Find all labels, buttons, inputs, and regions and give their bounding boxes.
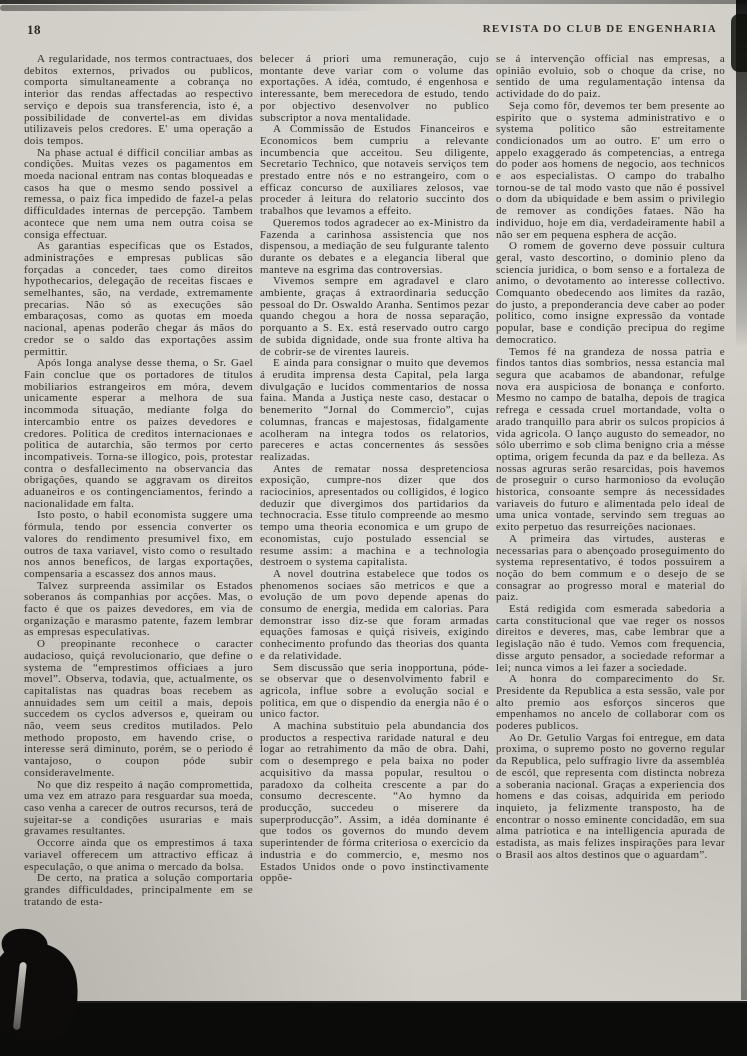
- paragraph: Occorre ainda que os emprestimos á taxa …: [24, 838, 253, 873]
- page-number: 18: [27, 22, 41, 38]
- article-body: A regularidade, nos termos contractuaes,…: [24, 54, 726, 1002]
- paragraph: A regularidade, nos termos contractuaes,…: [24, 54, 253, 148]
- paragraph: Antes de rematar nossa despretenciosa ex…: [260, 464, 489, 569]
- paragraph: Sem discussão que seria inopportuna, pód…: [260, 663, 489, 722]
- paragraph: Está redigida com esmerada sabedoria a c…: [496, 604, 725, 674]
- paragraph: Talvez surpreenda assimilar os Estados s…: [24, 581, 253, 640]
- paragraph: Na phase actual é difficil conciliar amb…: [24, 148, 253, 242]
- scan-streak-top-left: [0, 5, 400, 11]
- paragraph: Temos fé na grandeza de nossa patria e f…: [496, 347, 725, 534]
- paragraph: Ao Dr. Getulio Vargas foi entregue, em d…: [496, 733, 725, 862]
- paragraph: As garantias especificas que os Estados,…: [24, 241, 253, 358]
- paragraph: A Commissão de Estudos Financeiros e Eco…: [260, 124, 489, 218]
- paragraph: Após longa analyse desse thema, o Sr. Ga…: [24, 358, 253, 510]
- scanned-journal-page: 18 REVISTA DO CLUB DE ENGENHARIA A regul…: [0, 0, 747, 1056]
- paragraph: O romem de governo deve possuir cultura …: [496, 241, 725, 346]
- scan-edge-right-lower: [741, 560, 747, 1000]
- paragraph: O preopinante reconhece o caracter audac…: [24, 639, 253, 779]
- paragraph: A machina substituio pela abundancia dos…: [260, 721, 489, 885]
- paragraph: Vivemos sempre em agradavel e claro ambi…: [260, 276, 489, 358]
- journal-title: REVISTA DO CLUB DE ENGENHARIA: [483, 23, 717, 35]
- scan-edge-top: [0, 0, 747, 4]
- paragraph: De certo, na pratica a solução comportar…: [24, 873, 253, 908]
- paragraph: se á intervenção official nas empresas, …: [496, 54, 725, 101]
- paragraph: A honra do comparecimento do Sr. Preside…: [496, 674, 725, 733]
- paragraph: Seja como fôr, devemos ter bem presente …: [496, 101, 725, 241]
- text-column-2: belecer á priori uma remuneração, cujo m…: [260, 54, 489, 1002]
- paragraph: Queremos todos agradecer ao ex-Ministro …: [260, 218, 489, 277]
- page-header: 18 REVISTA DO CLUB DE ENGENHARIA: [0, 18, 747, 44]
- text-column-3: se á intervenção official nas empresas, …: [496, 54, 725, 1002]
- paragraph: E ainda para consignar o muito que devem…: [260, 358, 489, 463]
- text-column-1: A regularidade, nos termos contractuaes,…: [24, 54, 253, 1002]
- scan-edge-bottom: [0, 1001, 747, 1056]
- paragraph: belecer á priori uma remuneração, cujo m…: [260, 54, 489, 124]
- paragraph: Isto posto, o habil economista suggere u…: [24, 510, 253, 580]
- paragraph: No que diz respeito á nação compromettid…: [24, 780, 253, 839]
- paragraph: A primeira das virtudes, austeras e nece…: [496, 534, 725, 604]
- paragraph: A novel doutrina estabelece que todos os…: [260, 569, 489, 663]
